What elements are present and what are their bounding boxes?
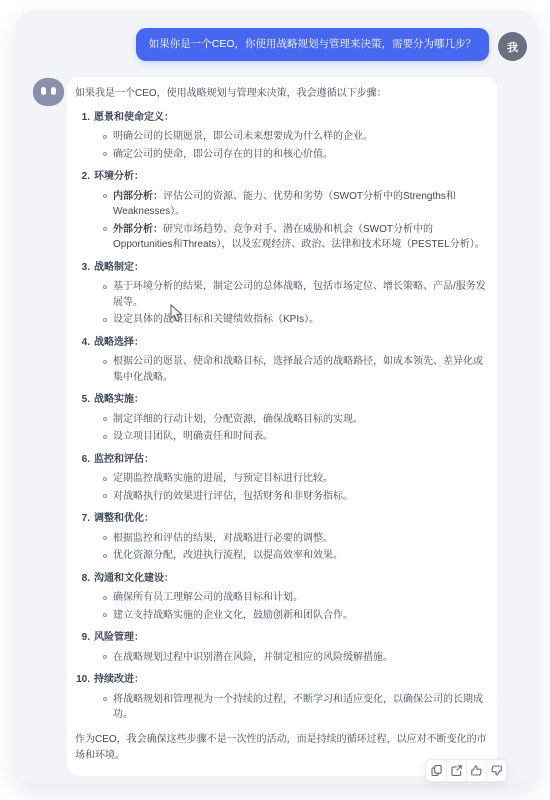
bullet-text: 在战略规划过程中识别潜在风险，并制定相应的风险缓解措施。 [113,650,491,666]
step-bullets-list: 定期监控战略实施的进展，与预定目标进行比较。 对战略执行的效果进行评估，包括财务… [103,471,491,504]
step-title-text: 沟通和文化建设： [94,571,174,587]
thumbs-down-icon [490,764,503,777]
bullet-body-text: 评估公司的资源、能力、优势和劣势（SWOT分析中的Strengths和Weakn… [113,191,456,218]
bullet-item: 将战略规划和管理视为一个持续的过程，不断学习和适应变化，以确保公司的长期成功。 [103,692,491,723]
step-title: 6. 监控和评估： [75,452,491,468]
bullet-item: 制定详细的行动计划，分配资源，确保战略目标的实现。 [103,412,491,428]
bullet-circle-marker-icon [103,435,107,439]
step-title-text: 愿景和使命定义： [94,110,174,126]
bullet-text: 对战略执行的效果进行评估，包括财务和非财务指标。 [113,489,491,505]
bullet-circle-marker-icon [103,494,107,498]
step-bullets-list: 内部分析：评估公司的资源、能力、优势和劣势（SWOT分析中的Strengths和… [103,189,491,253]
avatar-eye-icon [41,87,46,95]
bullet-body-text: 明确公司的长期愿景，即公司未来想要成为什么样的企业。 [113,131,373,142]
bullet-body-text: 设立项目团队，明确责任和时间表。 [113,431,273,442]
bullet-text: 设定具体的战略目标和关键绩效指标（KPIs）。 [113,312,491,328]
message-actions-toolbar [425,759,507,782]
assistant-message-bubble: 如果我是一个CEO，使用战略规划与管理来决策，我会遵循以下步骤： 1. 愿景和使… [67,77,497,776]
step-title-text: 环境分析： [94,169,144,185]
step-number: 4. [75,335,90,351]
bullet-body-text: 确定公司的使命，即公司存在的目的和核心价值。 [113,149,333,160]
step-number: 8. [75,571,90,587]
step-bullets-list: 根据监控和评估的结果，对战略进行必要的调整。 优化资源分配，改进执行流程，以提高… [103,531,491,564]
bullet-text: 根据公司的愿景、使命和战略目标，选择最合适的战略路径，如成本领先、差异化或集中化… [113,354,491,385]
assistant-avatar-robot-face-icon [33,78,64,106]
step-item: 4. 战略选择： 根据公司的愿景、使命和战略目标，选择最合适的战略路径，如成本领… [75,335,491,386]
thumbs-up-icon [470,764,483,777]
step-bullets-list: 制定详细的行动计划，分配资源，确保战略目标的实现。 设立项目团队，明确责任和时间… [103,412,491,445]
bullet-item: 在战略规划过程中识别潜在风险，并制定相应的风险缓解措施。 [103,650,491,666]
bullet-item: 设定具体的战略目标和关键绩效指标（KPIs）。 [103,312,491,328]
bullet-body-text: 制定详细的行动计划，分配资源，确保战略目标的实现。 [113,414,363,425]
assistant-intro-text: 如果我是一个CEO，使用战略规划与管理来决策，我会遵循以下步骤： [75,86,491,102]
copy-button[interactable] [426,760,446,781]
bullet-circle-marker-icon [103,697,107,701]
step-title: 9. 风险管理： [75,630,491,646]
bullet-circle-marker-icon [103,417,107,421]
bullet-item: 定期监控战略实施的进展，与预定目标进行比较。 [103,471,491,487]
bullet-body-text: 设定具体的战略目标和关键绩效指标（KPIs）。 [113,314,319,325]
step-title-text: 战略选择： [94,335,144,351]
bullet-circle-marker-icon [103,285,107,289]
like-button[interactable] [466,760,486,781]
user-message-row: 如果你是一个CEO，你使用战略规划与管理来决策，需要分为哪几步？ 我 [33,28,527,61]
bullet-body-text: 优化资源分配，改进执行流程，以提高效率和效果。 [113,550,343,561]
bullet-text: 内部分析：评估公司的资源、能力、优势和劣势（SWOT分析中的Strengths和… [113,189,491,220]
step-bullets-list: 将战略规划和管理视为一个持续的过程，不断学习和适应变化，以确保公司的长期成功。 [103,692,491,723]
step-title-text: 战略制定： [94,260,144,276]
step-bullets-list: 根据公司的愿景、使命和战略目标，选择最合适的战略路径，如成本领先、差异化或集中化… [103,354,491,385]
bullet-circle-marker-icon [103,318,107,322]
bullet-item: 外部分析：研究市场趋势、竞争对手、潜在威胁和机会（SWOT分析中的Opportu… [103,222,491,253]
step-number: 3. [75,260,90,276]
step-number: 2. [75,169,90,185]
bullet-circle-marker-icon [103,152,107,156]
bullet-item: 基于环境分析的结果，制定公司的总体战略，包括市场定位、增长策略、产品/服务发展等… [103,279,491,310]
step-title: 4. 战略选择： [75,335,491,351]
bullet-text: 设立项目团队，明确责任和时间表。 [113,429,491,445]
step-item: 1. 愿景和使命定义： 明确公司的长期愿景，即公司未来想要成为什么样的企业。 确… [75,110,491,163]
step-title-text: 调整和优化： [94,511,154,527]
step-bullets-list: 在战略规划过程中识别潜在风险，并制定相应的风险缓解措施。 [103,650,491,666]
chat-page: 如果你是一个CEO，你使用战略规划与管理来决策，需要分为哪几步？ 我 如果我是一… [0,0,550,800]
bullet-text: 优化资源分配，改进执行流程，以提高效率和效果。 [113,548,491,564]
bullet-circle-marker-icon [103,360,107,364]
bullet-text: 外部分析：研究市场趋势、竞争对手、潜在威胁和机会（SWOT分析中的Opportu… [113,222,491,253]
bullet-text: 确保所有员工理解公司的战略目标和计划。 [113,590,491,606]
step-item: 3. 战略制定： 基于环境分析的结果，制定公司的总体战略，包括市场定位、增长策略… [75,260,491,328]
step-title: 5. 战略实施： [75,392,491,408]
share-button[interactable] [446,760,466,781]
step-item: 5. 战略实施： 制定详细的行动计划，分配资源，确保战略目标的实现。 设立项目团… [75,392,491,445]
bullet-body-text: 对战略执行的效果进行评估，包括财务和非财务指标。 [113,491,353,502]
bullet-item: 设立项目团队，明确责任和时间表。 [103,429,491,445]
bullet-body-text: 将战略规划和管理视为一个持续的过程，不断学习和适应变化，以确保公司的长期成功。 [113,694,483,721]
bullet-lead-text: 外部分析： [113,224,163,235]
bullet-circle-marker-icon [103,613,107,617]
bullet-item: 确保所有员工理解公司的战略目标和计划。 [103,590,491,606]
step-item: 2. 环境分析： 内部分析：评估公司的资源、能力、优势和劣势（SWOT分析中的S… [75,169,491,253]
step-item: 8. 沟通和文化建设： 确保所有员工理解公司的战略目标和计划。 建立支持战略实施… [75,571,491,624]
bullet-text: 确定公司的使命，即公司存在的目的和核心价值。 [113,147,491,163]
step-title: 1. 愿景和使命定义： [75,110,491,126]
user-avatar: 我 [498,32,527,61]
user-message-bubble: 如果你是一个CEO，你使用战略规划与管理来决策，需要分为哪几步？ [136,28,489,61]
steps-list: 1. 愿景和使命定义： 明确公司的长期愿景，即公司未来想要成为什么样的企业。 确… [75,110,491,723]
bullet-text: 明确公司的长期愿景，即公司未来想要成为什么样的企业。 [113,129,491,145]
bullet-circle-marker-icon [103,536,107,540]
bullet-item: 优化资源分配，改进执行流程，以提高效率和效果。 [103,548,491,564]
step-title: 3. 战略制定： [75,260,491,276]
step-title-text: 持续改进： [94,672,144,688]
bullet-item: 对战略执行的效果进行评估，包括财务和非财务指标。 [103,489,491,505]
bullet-circle-marker-icon [103,655,107,659]
step-bullets-list: 确保所有员工理解公司的战略目标和计划。 建立支持战略实施的企业文化，鼓励创新和团… [103,590,491,623]
assistant-message-row: 如果我是一个CEO，使用战略规划与管理来决策，我会遵循以下步骤： 1. 愿景和使… [33,77,527,776]
bullet-text: 根据监控和评估的结果，对战略进行必要的调整。 [113,531,491,547]
bullet-body-text: 研究市场趋势、竞争对手、潜在威胁和机会（SWOT分析中的Opportunitie… [113,224,485,251]
step-number: 5. [75,392,90,408]
bullet-text: 定期监控战略实施的进展，与预定目标进行比较。 [113,471,491,487]
step-title-text: 风险管理： [94,630,144,646]
step-number: 1. [75,110,90,126]
bullet-circle-marker-icon [103,477,107,481]
bullet-item: 根据监控和评估的结果，对战略进行必要的调整。 [103,531,491,547]
step-item: 9. 风险管理： 在战略规划过程中识别潜在风险，并制定相应的风险缓解措施。 [75,630,491,665]
share-icon [450,764,463,777]
step-bullets-list: 明确公司的长期愿景，即公司未来想要成为什么样的企业。 确定公司的使命，即公司存在… [103,129,491,162]
bullet-text: 基于环境分析的结果，制定公司的总体战略，包括市场定位、增长策略、产品/服务发展等… [113,279,491,310]
step-title: 7. 调整和优化： [75,511,491,527]
bullet-lead-text: 内部分析： [113,191,163,202]
step-title: 8. 沟通和文化建设： [75,571,491,587]
bullet-item: 确定公司的使命，即公司存在的目的和核心价值。 [103,147,491,163]
step-title: 2. 环境分析： [75,169,491,185]
bullet-body-text: 确保所有员工理解公司的战略目标和计划。 [113,592,303,603]
bullet-body-text: 基于环境分析的结果，制定公司的总体战略，包括市场定位、增长策略、产品/服务发展等… [113,281,486,308]
step-number: 6. [75,452,90,468]
bullet-body-text: 定期监控战略实施的进展，与预定目标进行比较。 [113,473,333,484]
step-title-text: 监控和评估： [94,452,154,468]
bullet-item: 内部分析：评估公司的资源、能力、优势和劣势（SWOT分析中的Strengths和… [103,189,491,220]
bullet-body-text: 根据监控和评估的结果，对战略进行必要的调整。 [113,533,333,544]
bullet-body-text: 在战略规划过程中识别潜在风险，并制定相应的风险缓解措施。 [113,652,393,663]
bullet-body-text: 根据公司的愿景、使命和战略目标，选择最合适的战略路径，如成本领先、差异化或集中化… [113,356,483,383]
bullet-text: 将战略规划和管理视为一个持续的过程，不断学习和适应变化，以确保公司的长期成功。 [113,692,491,723]
dislike-button[interactable] [486,760,506,781]
copy-icon [430,764,443,777]
step-number: 7. [75,511,90,527]
step-title: 10. 持续改进： [75,672,491,688]
step-number: 10. [75,672,90,688]
bullet-text: 制定详细的行动计划，分配资源，确保战略目标的实现。 [113,412,491,428]
bullet-circle-marker-icon [103,194,107,198]
step-bullets-list: 基于环境分析的结果，制定公司的总体战略，包括市场定位、增长策略、产品/服务发展等… [103,279,491,328]
bullet-circle-marker-icon [103,227,107,231]
bullet-item: 明确公司的长期愿景，即公司未来想要成为什么样的企业。 [103,129,491,145]
step-item: 6. 监控和评估： 定期监控战略实施的进展，与预定目标进行比较。 对战略执行的效… [75,452,491,505]
bullet-item: 建立支持战略实施的企业文化，鼓励创新和团队合作。 [103,608,491,624]
bullet-item: 根据公司的愿景、使命和战略目标，选择最合适的战略路径，如成本领先、差异化或集中化… [103,354,491,385]
bullet-text: 建立支持战略实施的企业文化，鼓励创新和团队合作。 [113,608,491,624]
avatar-eye-icon [51,87,56,95]
step-number: 9. [75,630,90,646]
step-title-text: 战略实施： [94,392,144,408]
step-item: 10. 持续改进： 将战略规划和管理视为一个持续的过程，不断学习和适应变化，以确… [75,672,491,723]
bullet-body-text: 建立支持战略实施的企业文化，鼓励创新和团队合作。 [113,610,353,621]
chat-panel: 如果你是一个CEO，你使用战略规划与管理来决策，需要分为哪几步？ 我 如果我是一… [15,10,538,784]
bullet-circle-marker-icon [103,135,107,139]
step-item: 7. 调整和优化： 根据监控和评估的结果，对战略进行必要的调整。 优化资源分配，… [75,511,491,564]
bullet-circle-marker-icon [103,554,107,558]
bullet-circle-marker-icon [103,596,107,600]
